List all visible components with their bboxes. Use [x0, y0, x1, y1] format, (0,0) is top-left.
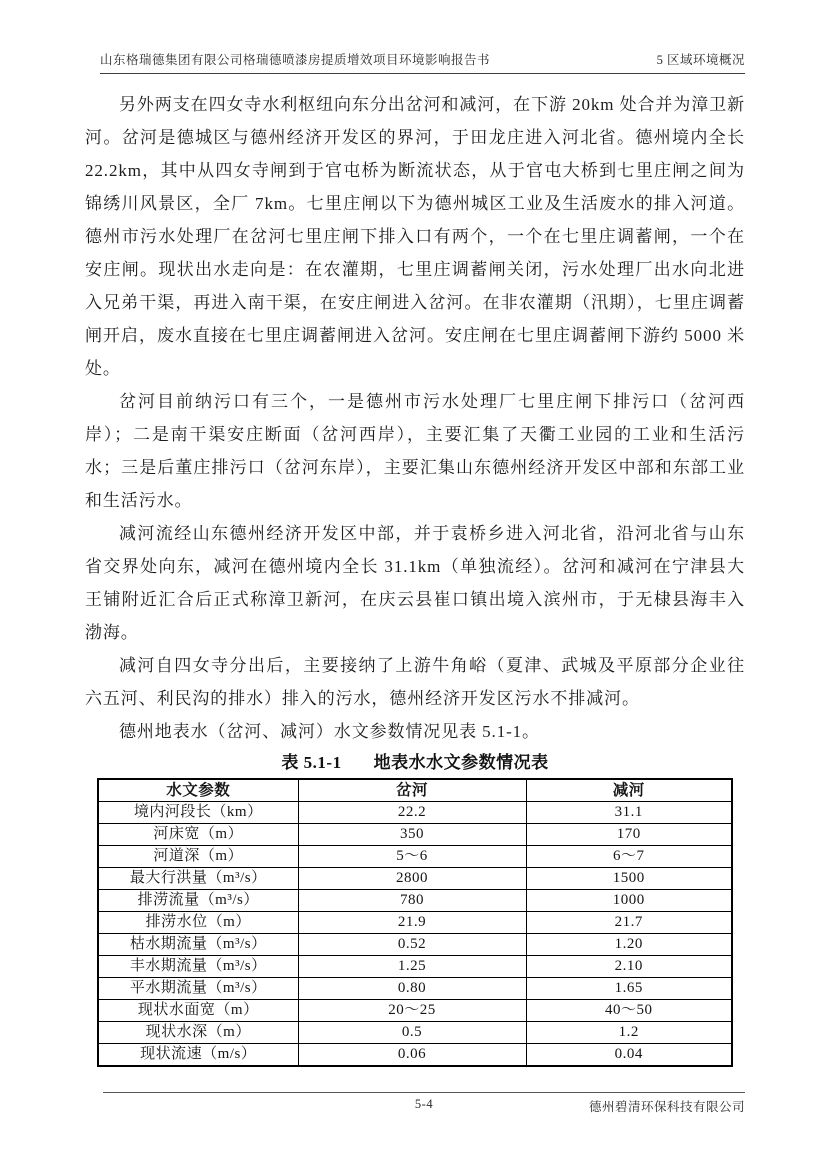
- cell-jianhe: 1000: [526, 890, 732, 912]
- cell-jianhe: 21.7: [526, 912, 732, 934]
- table-row: 排涝水位（m） 21.9 21.7: [98, 912, 732, 934]
- cell-chahe: 0.06: [298, 1044, 526, 1067]
- row-label: 境内河段长（km）: [98, 802, 298, 824]
- footer-company: 德州碧清环保科技有限公司: [589, 1097, 745, 1115]
- table-row: 平水期流量（m³/s） 0.80 1.65: [98, 978, 732, 1000]
- table-caption-label: 表 5.1-1: [281, 753, 341, 772]
- table-row: 排涝流量（m³/s） 780 1000: [98, 890, 732, 912]
- table-row: 现状流速（m/s） 0.06 0.04: [98, 1044, 732, 1067]
- cell-jianhe: 170: [526, 824, 732, 846]
- row-label: 排涝流量（m³/s）: [98, 890, 298, 912]
- table-row: 丰水期流量（m³/s） 1.25 2.10: [98, 956, 732, 978]
- table-row: 河床宽（m） 350 170: [98, 824, 732, 846]
- table-row: 最大行洪量（m³/s） 2800 1500: [98, 868, 732, 890]
- paragraph-rivers-overview: 另外两支在四女寺水利枢纽向东分出岔河和减河，在下游 20km 处合并为漳卫新河。…: [85, 88, 745, 385]
- page-header: 山东格瑞德集团有限公司格瑞德喷漆房提质增效项目环境影响报告书 5 区域环境概况: [100, 50, 745, 74]
- table-header-row: 水文参数 岔河 减河: [98, 779, 732, 802]
- report-page: { "header": { "left_title": "山东格瑞德集团有限公司…: [0, 0, 827, 1169]
- row-label: 现状水深（m）: [98, 1022, 298, 1044]
- header-report-title: 山东格瑞德集团有限公司格瑞德喷漆房提质增效项目环境影响报告书: [100, 50, 490, 68]
- table-row: 现状水面宽（m） 20～25 40～50: [98, 1000, 732, 1022]
- cell-chahe: 0.5: [298, 1022, 526, 1044]
- table-caption: 表 5.1-1地表水水文参数情况表: [85, 748, 745, 778]
- cell-chahe: 0.52: [298, 934, 526, 956]
- paragraph-jianhe-pollution: 减河自四女寺分出后，主要接纳了上游牛角峪（夏津、武城及平原部分企业往六五河、利民…: [85, 649, 745, 715]
- cell-jianhe: 0.04: [526, 1044, 732, 1067]
- table-row: 境内河段长（km） 22.2 31.1: [98, 802, 732, 824]
- cell-chahe: 1.25: [298, 956, 526, 978]
- row-label: 丰水期流量（m³/s）: [98, 956, 298, 978]
- cell-jianhe: 1.65: [526, 978, 732, 1000]
- document-body: 另外两支在四女寺水利枢纽向东分出岔河和减河，在下游 20km 处合并为漳卫新河。…: [85, 88, 745, 1067]
- cell-jianhe: 1.20: [526, 934, 732, 956]
- row-label: 最大行洪量（m³/s）: [98, 868, 298, 890]
- cell-jianhe: 1.2: [526, 1022, 732, 1044]
- column-header-chahe: 岔河: [298, 779, 526, 802]
- table-row: 河道深（m） 5～6 6～7: [98, 846, 732, 868]
- row-label: 现状流速（m/s）: [98, 1044, 298, 1067]
- row-label: 河道深（m）: [98, 846, 298, 868]
- hydrology-parameters-table: 水文参数 岔河 减河 境内河段长（km） 22.2 31.1 河床宽（m） 35…: [97, 778, 733, 1067]
- row-label: 平水期流量（m³/s）: [98, 978, 298, 1000]
- cell-jianhe: 1500: [526, 868, 732, 890]
- cell-chahe: 21.9: [298, 912, 526, 934]
- row-label: 枯水期流量（m³/s）: [98, 934, 298, 956]
- paragraph-table-reference: 德州地表水（岔河、减河）水文参数情况见表 5.1-1。: [85, 715, 745, 748]
- cell-jianhe: 40～50: [526, 1000, 732, 1022]
- cell-chahe: 350: [298, 824, 526, 846]
- column-header-parameter: 水文参数: [98, 779, 298, 802]
- column-header-jianhe: 减河: [526, 779, 732, 802]
- cell-jianhe: 31.1: [526, 802, 732, 824]
- cell-chahe: 22.2: [298, 802, 526, 824]
- paragraph-jianhe-course: 减河流经山东德州经济开发区中部，并于袁桥乡进入河北省，沿河北省与山东省交界处向东…: [85, 517, 745, 649]
- cell-chahe: 20～25: [298, 1000, 526, 1022]
- row-label: 现状水面宽（m）: [98, 1000, 298, 1022]
- cell-chahe: 0.80: [298, 978, 526, 1000]
- header-section-label: 5 区域环境概况: [657, 50, 745, 68]
- row-label: 河床宽（m）: [98, 824, 298, 846]
- cell-jianhe: 2.10: [526, 956, 732, 978]
- paragraph-chahe-outfalls: 岔河目前纳污口有三个，一是德州市污水处理厂七里庄闸下排污口（岔河西岸）；二是南干…: [85, 385, 745, 517]
- table-row: 现状水深（m） 0.5 1.2: [98, 1022, 732, 1044]
- table-row: 枯水期流量（m³/s） 0.52 1.20: [98, 934, 732, 956]
- cell-chahe: 5～6: [298, 846, 526, 868]
- cell-jianhe: 6～7: [526, 846, 732, 868]
- table-caption-title: 地表水水文参数情况表: [374, 753, 549, 772]
- page-footer: 5-4 德州碧清环保科技有限公司: [103, 1092, 745, 1117]
- cell-chahe: 2800: [298, 868, 526, 890]
- cell-chahe: 780: [298, 890, 526, 912]
- row-label: 排涝水位（m）: [98, 912, 298, 934]
